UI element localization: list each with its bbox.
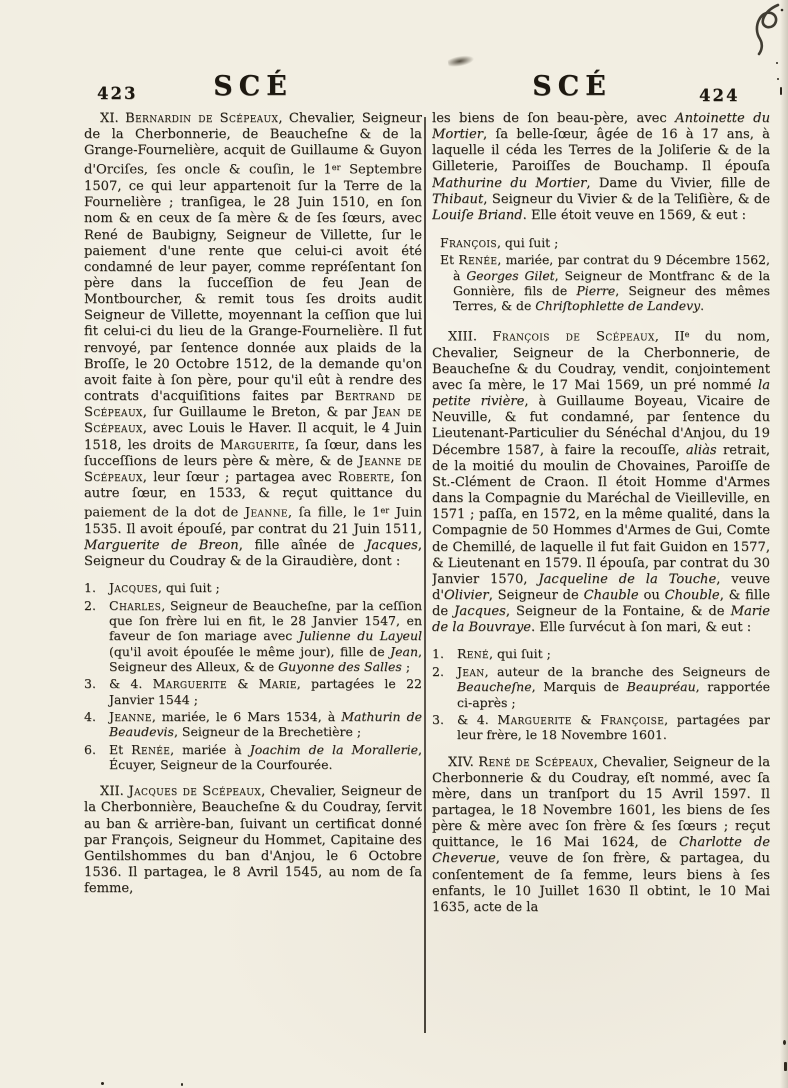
text-segment: XIV. — [448, 755, 478, 770]
text-segment: Jean — [457, 664, 485, 679]
list-item: 1.Jacques, qui ſuit ; — [84, 580, 422, 595]
ink-smudge — [447, 54, 474, 68]
text-segment: , Marquis de — [532, 679, 627, 694]
text-segment: (qu'il avoit épouſée le même jour), fill… — [109, 644, 390, 659]
paragraph: XII. Jacques de Scépeaux, Chevalier, Sei… — [84, 784, 422, 897]
text-segment: Guyonne des Salles — [278, 659, 402, 674]
text-segment: , auteur de la branche des Seigneurs de — [485, 664, 770, 679]
text-segment: Chriſtophlette de Landevy — [535, 298, 700, 313]
running-header-left: SCÉ — [84, 71, 422, 102]
text-segment: , Seigneur de — [489, 588, 584, 603]
text-segment: René — [457, 646, 489, 661]
paragraph: XI. Bernardin de Scépeaux, Chevalier, Se… — [84, 111, 422, 570]
text-segment: , qui ſuit ; — [489, 646, 551, 661]
text-segment: , ſa belle-ſœur, âgée de 16 à 17 ans, à … — [432, 127, 770, 174]
text-segment: les biens de ſon beau-père, avec — [432, 111, 675, 126]
scan-speck — [181, 1083, 183, 1086]
item-number: 2. — [84, 598, 109, 613]
list-item: 3.& 4. Marguerite & Françoise, partagées… — [432, 712, 770, 743]
text-segment: retrait, de la moitié du moulin de Chova… — [432, 443, 770, 587]
text-segment: , Chevalier, Seigneur de la Cherbonnière… — [84, 784, 422, 896]
text-segment: , II — [655, 330, 685, 345]
column-right: les biens de ſon beau-père, avec Antoine… — [432, 111, 770, 1056]
text-segment: , ſa fille, le 1 — [288, 506, 381, 521]
text-segment: Marie — [259, 676, 297, 691]
text-segment: Pierre — [576, 283, 615, 298]
text-segment: Renée — [458, 252, 497, 267]
text-segment: François — [440, 235, 497, 250]
text-segment: & — [227, 676, 259, 691]
child-note: François, qui ſuit ; — [432, 235, 770, 250]
list-item: 2.Jean, auteur de la branche des Seigneu… — [432, 664, 770, 710]
text-segment: Georges Gilet — [466, 268, 554, 283]
text-segment: Beaucheſne — [457, 679, 532, 694]
text-segment: Marguerite — [497, 712, 571, 727]
paragraph-continuation: les biens de ſon beau-père, avec Antoine… — [432, 111, 770, 224]
text-segment: . Elle ſurvécut à ſon mari, & eut : — [531, 620, 751, 635]
scan-edge-shadow — [780, 0, 788, 1088]
text-segment: Roberte — [338, 470, 390, 485]
text-segment: Mathurine du Mortier — [432, 176, 586, 191]
text-segment: er — [380, 505, 389, 515]
text-segment: Marguerite de Breon — [84, 538, 239, 553]
text-segment: , qui ſuit ; — [158, 580, 220, 595]
paragraph: XIII. François de Scépeaux, IIe du nom, … — [432, 326, 770, 636]
column-divider-rule — [424, 117, 426, 1033]
book-page-scan: 423 SCÉ SCÉ 424 XI. Bernardin de Scépeau… — [0, 0, 788, 1088]
text-segment: XI. — [100, 111, 125, 126]
text-segment: , mariée à — [170, 742, 250, 757]
list-item: 1.René, qui ſuit ; — [432, 646, 770, 661]
text-segment: François de Scépeaux — [492, 330, 654, 345]
list-item: 3.& 4. Marguerite & Marie, partagées le … — [84, 676, 422, 707]
text-segment: . — [700, 298, 704, 313]
text-segment: , Seigneur de la Fontaine, & de — [506, 604, 731, 619]
text-segment: , Seigneur de la Brechetière ; — [174, 724, 361, 739]
text-segment: , mariée, le 6 Mars 1534, à — [152, 709, 341, 724]
text-segment: Jean — [390, 644, 418, 659]
text-segment: Jacques — [109, 580, 158, 595]
scan-speck — [776, 62, 778, 64]
text-segment: ; — [402, 659, 410, 674]
text-segment: Jacques — [366, 538, 418, 553]
text-segment: & — [572, 712, 600, 727]
text-segment: . Elle étoit veuve en 1569, & eut : — [523, 208, 746, 223]
text-segment: , leur ſœur ; partagea avec — [143, 470, 338, 485]
text-segment: Louiſe Briand — [432, 208, 523, 223]
text-segment: , ſur Guillaume le Breton, & par — [143, 405, 373, 420]
item-number: 2. — [432, 664, 457, 679]
item-number: 1. — [84, 580, 109, 595]
text-segment: & 4. — [109, 676, 153, 691]
text-segment: Chauble — [584, 588, 639, 603]
text-segment: , qui ſuit ; — [497, 235, 558, 250]
text-segment: Jacques de Scépeaux — [128, 784, 261, 799]
item-number: 3. — [432, 712, 457, 727]
item-number: 1. — [432, 646, 457, 661]
text-segment: Françoise — [600, 712, 664, 727]
text-segment: Olivier — [444, 588, 489, 603]
text-segment: Jacqueline de la Touche — [538, 572, 716, 587]
text-segment: Joachim de la Morallerie — [250, 742, 418, 757]
item-number: 6. — [84, 742, 109, 757]
child-note: Et Renée, mariée, par contrat du 9 Décem… — [432, 252, 770, 313]
text-segment: Charles — [109, 598, 161, 613]
text-segment: René de Scépeaux — [478, 755, 593, 770]
text-segment: Jacques — [454, 604, 506, 619]
list-item: 4.Jeanne, mariée, le 6 Mars 1534, à Math… — [84, 709, 422, 740]
text-segment: Bernardin de Scépeaux — [125, 111, 278, 126]
column-left: XI. Bernardin de Scépeaux, Chevalier, Se… — [84, 111, 422, 1056]
scan-speck — [101, 1082, 104, 1085]
text-segment: Beaupréau — [627, 679, 696, 694]
text-segment: XIII. — [448, 330, 492, 345]
text-segment: Marguerite — [220, 438, 295, 453]
item-number: 3. — [84, 676, 109, 691]
text-segment: Julienne du Layeul — [299, 628, 422, 643]
page-number-right: 424 — [699, 86, 739, 105]
list-item: 6.Et Renée, mariée à Joachim de la Moral… — [84, 742, 422, 773]
text-segment: XII. — [100, 784, 128, 799]
scan-speck — [777, 78, 779, 80]
text-segment: Marguerite — [153, 676, 227, 691]
list-item: 2.Charles, Seigneur de Beaucheſne, par l… — [84, 598, 422, 675]
text-segment: Et — [109, 742, 131, 757]
text-segment: aliàs — [686, 443, 717, 458]
text-segment: ou — [639, 588, 665, 603]
text-segment: & 4. — [457, 712, 497, 727]
text-segment: Jeanne — [245, 506, 288, 521]
text-segment: , Dame du Vivier, fille de — [586, 176, 770, 191]
running-header-right: SCÉ — [428, 71, 716, 102]
text-segment: , fille aînée de — [239, 538, 366, 553]
paragraph: XIV. René de Scépeaux, Chevalier, Seigne… — [432, 755, 770, 917]
text-segment: Thibaut — [432, 192, 483, 207]
text-segment: Chouble — [665, 588, 720, 603]
text-segment: Et — [440, 252, 458, 267]
item-number: 4. — [84, 709, 109, 724]
text-segment: Septembre 1507, ce qui leur appartenoit … — [84, 163, 422, 404]
text-segment: Renée — [131, 742, 170, 757]
text-segment: Jeanne — [109, 709, 152, 724]
text-segment: , Seigneur du Vivier & de la Teliſière, … — [483, 192, 770, 207]
